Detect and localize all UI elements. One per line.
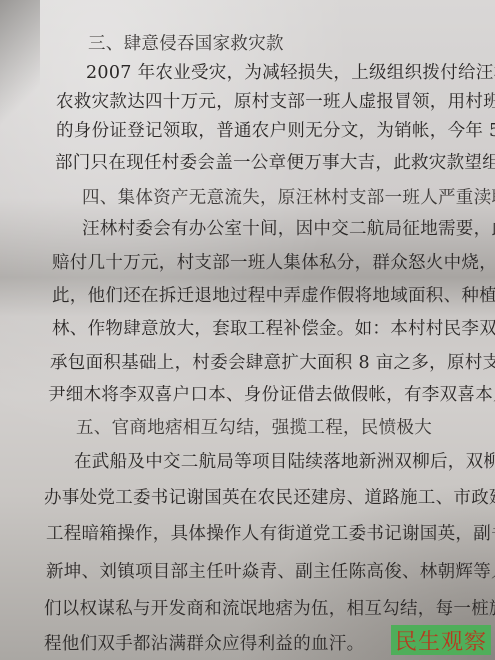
paragraph-line: 农救灾款达四十万元，原村支部一班人虚报冒领，用村班子成员 [56,88,495,113]
paragraph-line: 赔付几十万元，村支部一班人集体私分，群众怒火中烧，不仅如 [52,249,495,274]
section-heading: 三、肆意侵吞国家救灾款 [88,30,284,55]
watermark-logo: 民生观察 [391,625,491,655]
paragraph-line: 的身份证登记领取，普通农户则无分文，为销帐，今年 5 月金融 [56,117,495,142]
paragraph-line: 新坤、刘镇项目部主任叶焱青、副主任陈高俊、林朝辉等人，他 [46,558,495,583]
paragraph-line: 尹细木将李双喜户口本、身份证借去做假帐，有李双喜本人作证。 [48,381,495,406]
paragraph-line: 承包面积基础上，村委会肆意扩大面积 8 亩之多，原村支部书记 [50,349,495,374]
paragraph-line: 在武船及中交二航局等项目陆续落地新洲双柳后，双柳街道 [74,448,495,473]
paragraph-line: 们以权谋私与开发商和流氓地痞为伍，相互勾结，每一桩施工工 [44,595,495,620]
watermark-text: 民生观察 [395,625,487,656]
paragraph-line: 程他们双手都沾满群众应得利益的血汗。 [44,630,364,655]
paragraph-line: 林、作物肆意放大，套取工程补偿金。如：本村村民李双喜在原 [52,315,495,340]
section-heading: 四、集体资产无意流失，原汪林村支部一班人严重渎职 [82,184,495,209]
paragraph-line: 2007 年农业受灾，为减轻损失，上级组织拨付给汪林村支 [86,59,495,84]
paragraph-line: 汪林村委会有办公室十间，因中交二航局征地需要，此资产 [82,215,495,240]
paragraph-line: 此，他们还在拆迁退地过程中弄虚作假将地域面积、种植的农、 [52,282,495,307]
paper-shadow [0,0,40,140]
paragraph-line: 工程暗箱操作，具体操作人有街道党工委书记谢国英，副书记罗 [46,520,495,545]
paragraph-line: 办事处党工委书记谢国英在农民还建房、道路施工、市政建设等 [44,484,495,509]
paragraph-line: 部门只在现任村委会盖一公章便万事大吉，此救灾款望组织明查。 [55,149,495,174]
section-heading: 五、官商地痞相互勾结，强揽工程，民愤极大 [76,414,432,439]
